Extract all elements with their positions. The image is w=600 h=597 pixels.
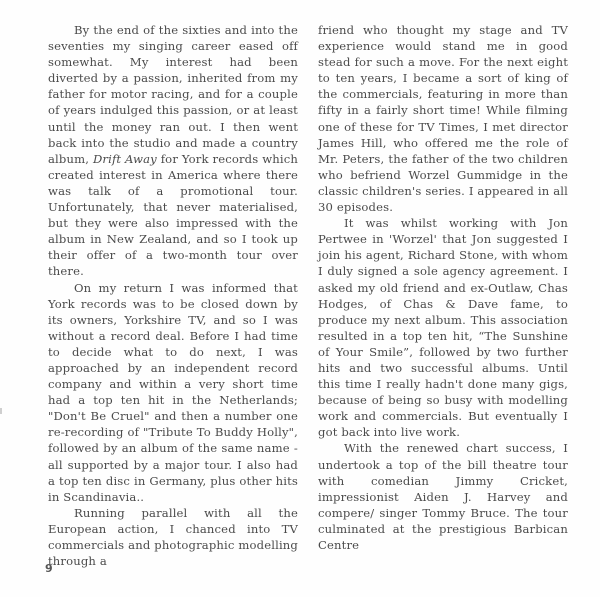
- right-column: friend who thought my stage and TV exper…: [318, 22, 568, 553]
- paragraph-text: for York records which created interest …: [48, 152, 298, 279]
- album-title: Drift Away: [93, 152, 157, 166]
- book-page: By the end of the sixties and into the s…: [0, 0, 600, 597]
- page-number: 9: [45, 562, 53, 575]
- paragraph: friend who thought my stage and TV exper…: [318, 22, 568, 215]
- paragraph: On my return I was informed that York re…: [48, 280, 298, 505]
- left-column: By the end of the sixties and into the s…: [48, 22, 298, 569]
- paragraph: With the renewed chart success, I undert…: [318, 440, 568, 553]
- margin-mark: [0, 408, 2, 414]
- paragraph: It was whilst working with Jon Pertwee i…: [318, 215, 568, 440]
- paragraph: Running parallel with all the European a…: [48, 505, 298, 569]
- paragraph-text: By the end of the sixties and into the s…: [48, 23, 298, 166]
- paragraph: By the end of the sixties and into the s…: [48, 22, 298, 280]
